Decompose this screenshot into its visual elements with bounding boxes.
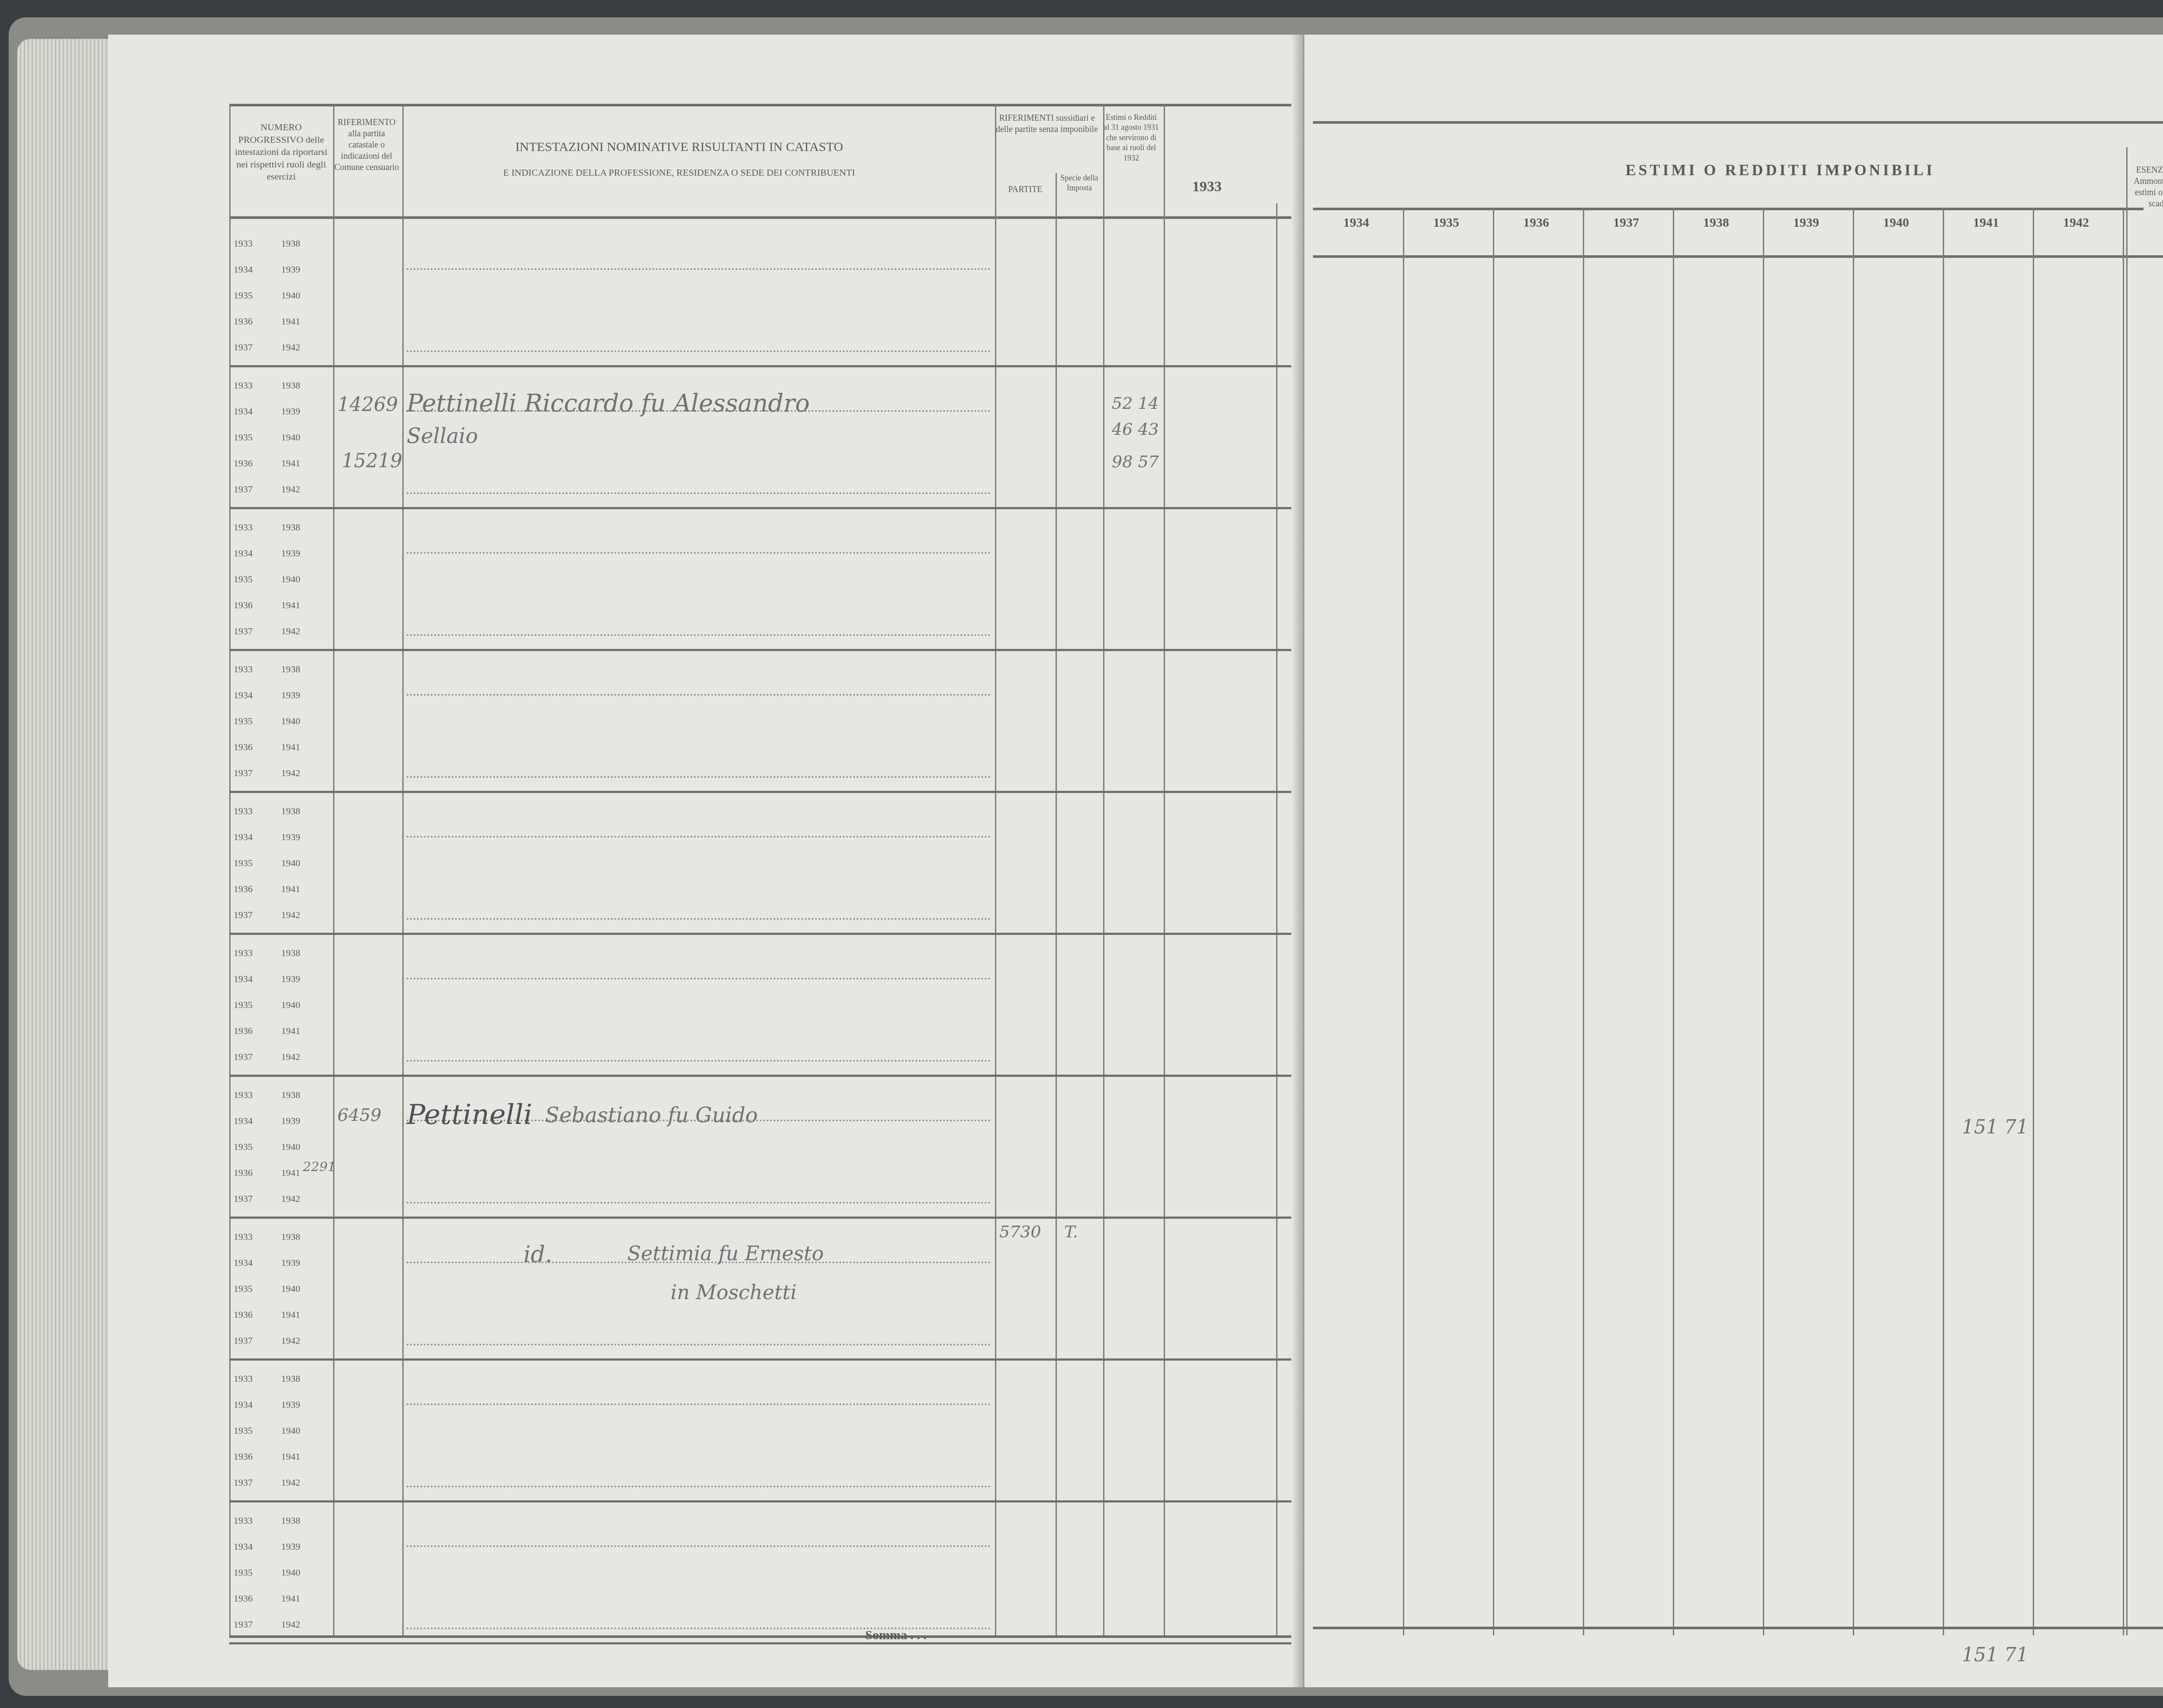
year-label: 1940 xyxy=(281,1425,300,1436)
year-label: 1933 xyxy=(234,947,253,959)
year-label: 1934 xyxy=(234,548,253,559)
rule xyxy=(229,104,231,1635)
year-label: 1934 xyxy=(234,1541,253,1552)
year-label: 1940 xyxy=(281,574,300,585)
year-label: 1940 xyxy=(281,290,300,301)
year-label: 1938 xyxy=(281,380,300,391)
year-label: 1939 xyxy=(281,1399,300,1410)
year-label: 1942 xyxy=(281,909,300,921)
rule xyxy=(1763,208,1764,1635)
entry-line xyxy=(407,350,991,352)
page-edges-left xyxy=(17,39,117,1670)
entry-line xyxy=(407,776,991,778)
year-label: 1937 xyxy=(234,909,253,921)
entry-8-specie: T. xyxy=(1064,1222,1078,1241)
year-label: 1941 xyxy=(281,1451,300,1462)
year-label: 1936 xyxy=(234,1167,253,1178)
entry-8-detail: Settimia fu Ernesto xyxy=(627,1242,824,1265)
header-partite: PARTITE xyxy=(995,184,1056,195)
year-label: 1938 xyxy=(281,522,300,533)
year-label: 1935 xyxy=(234,857,253,869)
rule xyxy=(1403,208,1404,1635)
year-label: 1934 xyxy=(234,832,253,843)
entry-7-detail: Sebastiano fu Guido xyxy=(545,1103,758,1127)
year-label: 1938 xyxy=(281,947,300,959)
year-label: 1934 xyxy=(234,264,253,275)
entry-line xyxy=(407,1486,991,1487)
footer-rule xyxy=(229,1635,1302,1638)
year-label: 1933 xyxy=(234,1373,253,1384)
year-label: 1939 xyxy=(281,406,300,417)
year-label: 1934 xyxy=(234,973,253,985)
year-label: 1936 xyxy=(234,316,253,327)
year-label: 1941 xyxy=(281,316,300,327)
year-label: 1941 xyxy=(281,883,300,895)
entry-line xyxy=(407,694,991,696)
entry-8-partite: 5730 xyxy=(999,1222,1041,1241)
year-label: 1938 xyxy=(281,1515,300,1526)
entry-line xyxy=(407,1202,991,1204)
block-rule xyxy=(229,1358,1302,1361)
year-label: 1940 xyxy=(281,857,300,869)
entry-2-detail: Sellaio xyxy=(407,424,478,448)
year-label: 1939 xyxy=(281,548,300,559)
footer-rule xyxy=(1313,1627,2163,1629)
year-label: 1941 xyxy=(281,458,300,469)
block-rule xyxy=(229,791,1302,793)
rule xyxy=(402,104,404,1635)
rule xyxy=(1103,104,1104,1635)
year-label: 1933 xyxy=(234,522,253,533)
entry-2-ref: 14269 xyxy=(337,394,398,416)
entry-line xyxy=(407,634,991,636)
year-label: 1941 xyxy=(281,1309,300,1320)
year-label: 1936 xyxy=(234,1309,253,1320)
year-label: 1935 xyxy=(234,716,253,727)
header-estimi-1931: Estimi o Redditi al 31 agosto 1931 che s… xyxy=(1103,112,1159,163)
entry-line xyxy=(407,1545,991,1547)
rule xyxy=(1056,173,1057,1635)
entry-2-ref-below: 15219 xyxy=(342,450,402,472)
entry-7-side-note: 2291 xyxy=(303,1159,336,1175)
entry-line xyxy=(407,918,991,920)
year-label: 1939 xyxy=(281,264,300,275)
year-label: 1933 xyxy=(234,380,253,391)
entry-8-name: id. xyxy=(523,1242,552,1268)
year-label: 1933 xyxy=(234,1515,253,1526)
year-label: 1934 xyxy=(234,690,253,701)
year-label: 1940 xyxy=(281,1141,300,1153)
entry-2-estimi-total: 98 57 xyxy=(1112,452,1159,471)
year-label: 1942 xyxy=(281,484,300,495)
year-label: 1933 xyxy=(234,664,253,675)
year-label: 1936 xyxy=(234,600,253,611)
entry-line xyxy=(407,1344,991,1345)
year-label: 1942 xyxy=(281,1051,300,1063)
total-1941: 151 71 xyxy=(1962,1644,2028,1666)
rule xyxy=(2126,147,2128,1635)
year-label: 1940 xyxy=(281,1283,300,1294)
block-rule xyxy=(229,1075,1302,1077)
estimi-title: ESTIMI O REDDITI IMPONIBILI xyxy=(1434,160,2126,180)
entry-line xyxy=(407,268,991,270)
year-header-1940: 1940 xyxy=(1853,214,1939,231)
header-esenzioni: ESENZIONI — Ammontare degli estimi o red… xyxy=(2126,164,2163,209)
year-label: 1933 xyxy=(234,1231,253,1242)
year-header-1939: 1939 xyxy=(1763,214,1849,231)
year-label: 1936 xyxy=(234,1593,253,1604)
rule xyxy=(1853,208,1854,1635)
year-header-1942: 1942 xyxy=(2033,214,2119,231)
year-label: 1935 xyxy=(234,1567,253,1578)
entry-7-name: Pettinelli xyxy=(407,1099,532,1131)
entry-2-estimi-2: 46 43 xyxy=(1112,420,1159,439)
block-rule xyxy=(229,933,1302,935)
entry-2-estimi-1: 52 14 xyxy=(1112,394,1159,413)
year-label: 1934 xyxy=(234,406,253,417)
year-label: 1940 xyxy=(281,999,300,1011)
year-header-1941: 1941 xyxy=(1943,214,2029,231)
header-bottom-rule xyxy=(229,216,1302,219)
rule xyxy=(1583,208,1584,1635)
year-label: 1938 xyxy=(281,664,300,675)
year-label: 1938 xyxy=(281,806,300,817)
year-label: 1938 xyxy=(281,1089,300,1101)
year-label: 1939 xyxy=(281,1257,300,1268)
years-rule xyxy=(1313,208,2144,210)
entry-line xyxy=(407,836,991,838)
year-label: 1937 xyxy=(234,342,253,353)
year-label: 1934 xyxy=(234,1115,253,1127)
header-top-rule xyxy=(229,104,1302,106)
left-page: NUMERO PROGRESSIVO delle intestazioni da… xyxy=(108,35,1304,1687)
year-label: 1937 xyxy=(234,626,253,637)
header-year-1933: 1933 xyxy=(1164,177,1250,196)
rule xyxy=(1673,208,1674,1635)
year-label: 1941 xyxy=(281,600,300,611)
year-header-1934: 1934 xyxy=(1313,214,1399,231)
entry-8-detail2: in Moschetti xyxy=(671,1281,797,1304)
year-label: 1937 xyxy=(234,1051,253,1063)
year-label: 1940 xyxy=(281,432,300,443)
year-header-1936: 1936 xyxy=(1493,214,1579,231)
header-col3-line2: E INDICAZIONE DELLA PROFESSIONE, RESIDEN… xyxy=(411,167,947,179)
entry-7-ref: 6459 xyxy=(337,1105,382,1125)
header-riferimenti: RIFERIMENTI sussidiari e delle partite s… xyxy=(995,112,1099,135)
header-col2: RIFERIMENTO alla partita catastale o ind… xyxy=(333,117,400,173)
year-label: 1937 xyxy=(234,1335,253,1346)
rule xyxy=(2123,208,2124,1635)
year-label: 1938 xyxy=(281,1231,300,1242)
year-label: 1935 xyxy=(234,1283,253,1294)
year-label: 1942 xyxy=(281,1477,300,1488)
right-page: Mod. 111 - Imposte Dirette (Intercalare)… xyxy=(1304,35,2163,1687)
year-label: 1933 xyxy=(234,238,253,249)
year-label: 1941 xyxy=(281,1593,300,1604)
header-col3-line1: INTESTAZIONI NOMINATIVE RISULTANTI IN CA… xyxy=(411,138,947,155)
rule xyxy=(2033,208,2034,1635)
year-label: 1935 xyxy=(234,574,253,585)
year-label: 1937 xyxy=(234,1477,253,1488)
block-rule xyxy=(229,649,1302,651)
rule xyxy=(1276,203,1277,1635)
year-header-1935: 1935 xyxy=(1403,214,1489,231)
year-label: 1942 xyxy=(281,626,300,637)
header-col1: NUMERO PROGRESSIVO delle intestazioni da… xyxy=(231,121,331,183)
year-label: 1936 xyxy=(234,1025,253,1037)
year-label: 1939 xyxy=(281,1115,300,1127)
year-label: 1940 xyxy=(281,1567,300,1578)
year-label: 1934 xyxy=(234,1257,253,1268)
entry-line xyxy=(407,492,991,494)
rule xyxy=(1493,208,1494,1635)
year-label: 1935 xyxy=(234,1141,253,1153)
header-bottom-rule xyxy=(1313,255,2163,258)
rule xyxy=(333,104,334,1635)
year-label: 1937 xyxy=(234,1193,253,1204)
year-label: 1936 xyxy=(234,883,253,895)
block-rule xyxy=(229,1642,1302,1644)
year-label: 1939 xyxy=(281,973,300,985)
year-label: 1942 xyxy=(281,1619,300,1630)
entry-2-name: Pettinelli Riccardo fu Alessandro xyxy=(407,389,810,417)
year-label: 1936 xyxy=(234,742,253,753)
year-label: 1939 xyxy=(281,690,300,701)
block-rule xyxy=(229,1217,1302,1219)
rule xyxy=(1943,208,1944,1635)
year-label: 1935 xyxy=(234,432,253,443)
year-label: 1936 xyxy=(234,1451,253,1462)
block-rule xyxy=(229,1500,1302,1503)
year-label: 1941 xyxy=(281,1167,300,1178)
header-specie: Specie della Imposta xyxy=(1056,173,1103,193)
rule xyxy=(995,104,996,1635)
entry-line xyxy=(407,1403,991,1405)
year-label: 1942 xyxy=(281,1335,300,1346)
year-label: 1941 xyxy=(281,742,300,753)
year-label: 1938 xyxy=(281,1373,300,1384)
somma-label: Somma . . . xyxy=(865,1627,995,1644)
year-label: 1942 xyxy=(281,767,300,779)
year-label: 1942 xyxy=(281,1193,300,1204)
year-label: 1940 xyxy=(281,716,300,727)
year-label: 1935 xyxy=(234,290,253,301)
year-label: 1933 xyxy=(234,1089,253,1101)
year-label: 1937 xyxy=(234,1619,253,1630)
year-label: 1937 xyxy=(234,484,253,495)
year-label: 1936 xyxy=(234,458,253,469)
form-id: Mod. 111 - Imposte Dirette (Intercalare)… xyxy=(2126,87,2163,98)
header-top-rule xyxy=(1313,121,2163,124)
block-rule xyxy=(229,365,1302,367)
year-label: 1938 xyxy=(281,238,300,249)
block-rule xyxy=(229,507,1302,509)
year-header-1937: 1937 xyxy=(1583,214,1669,231)
year-label: 1937 xyxy=(234,767,253,779)
year-label: 1933 xyxy=(234,806,253,817)
rule xyxy=(1164,104,1165,1635)
year-label: 1939 xyxy=(281,1541,300,1552)
year-label: 1935 xyxy=(234,1425,253,1436)
entry-line xyxy=(407,978,991,979)
entry-7-value-1941: 151 71 xyxy=(1962,1116,2028,1138)
year-label: 1939 xyxy=(281,832,300,843)
year-header-1938: 1938 xyxy=(1673,214,1759,231)
entry-line xyxy=(407,1060,991,1062)
year-label: 1935 xyxy=(234,999,253,1011)
entry-line xyxy=(407,552,991,554)
year-label: 1942 xyxy=(281,342,300,353)
year-label: 1941 xyxy=(281,1025,300,1037)
year-label: 1934 xyxy=(234,1399,253,1410)
